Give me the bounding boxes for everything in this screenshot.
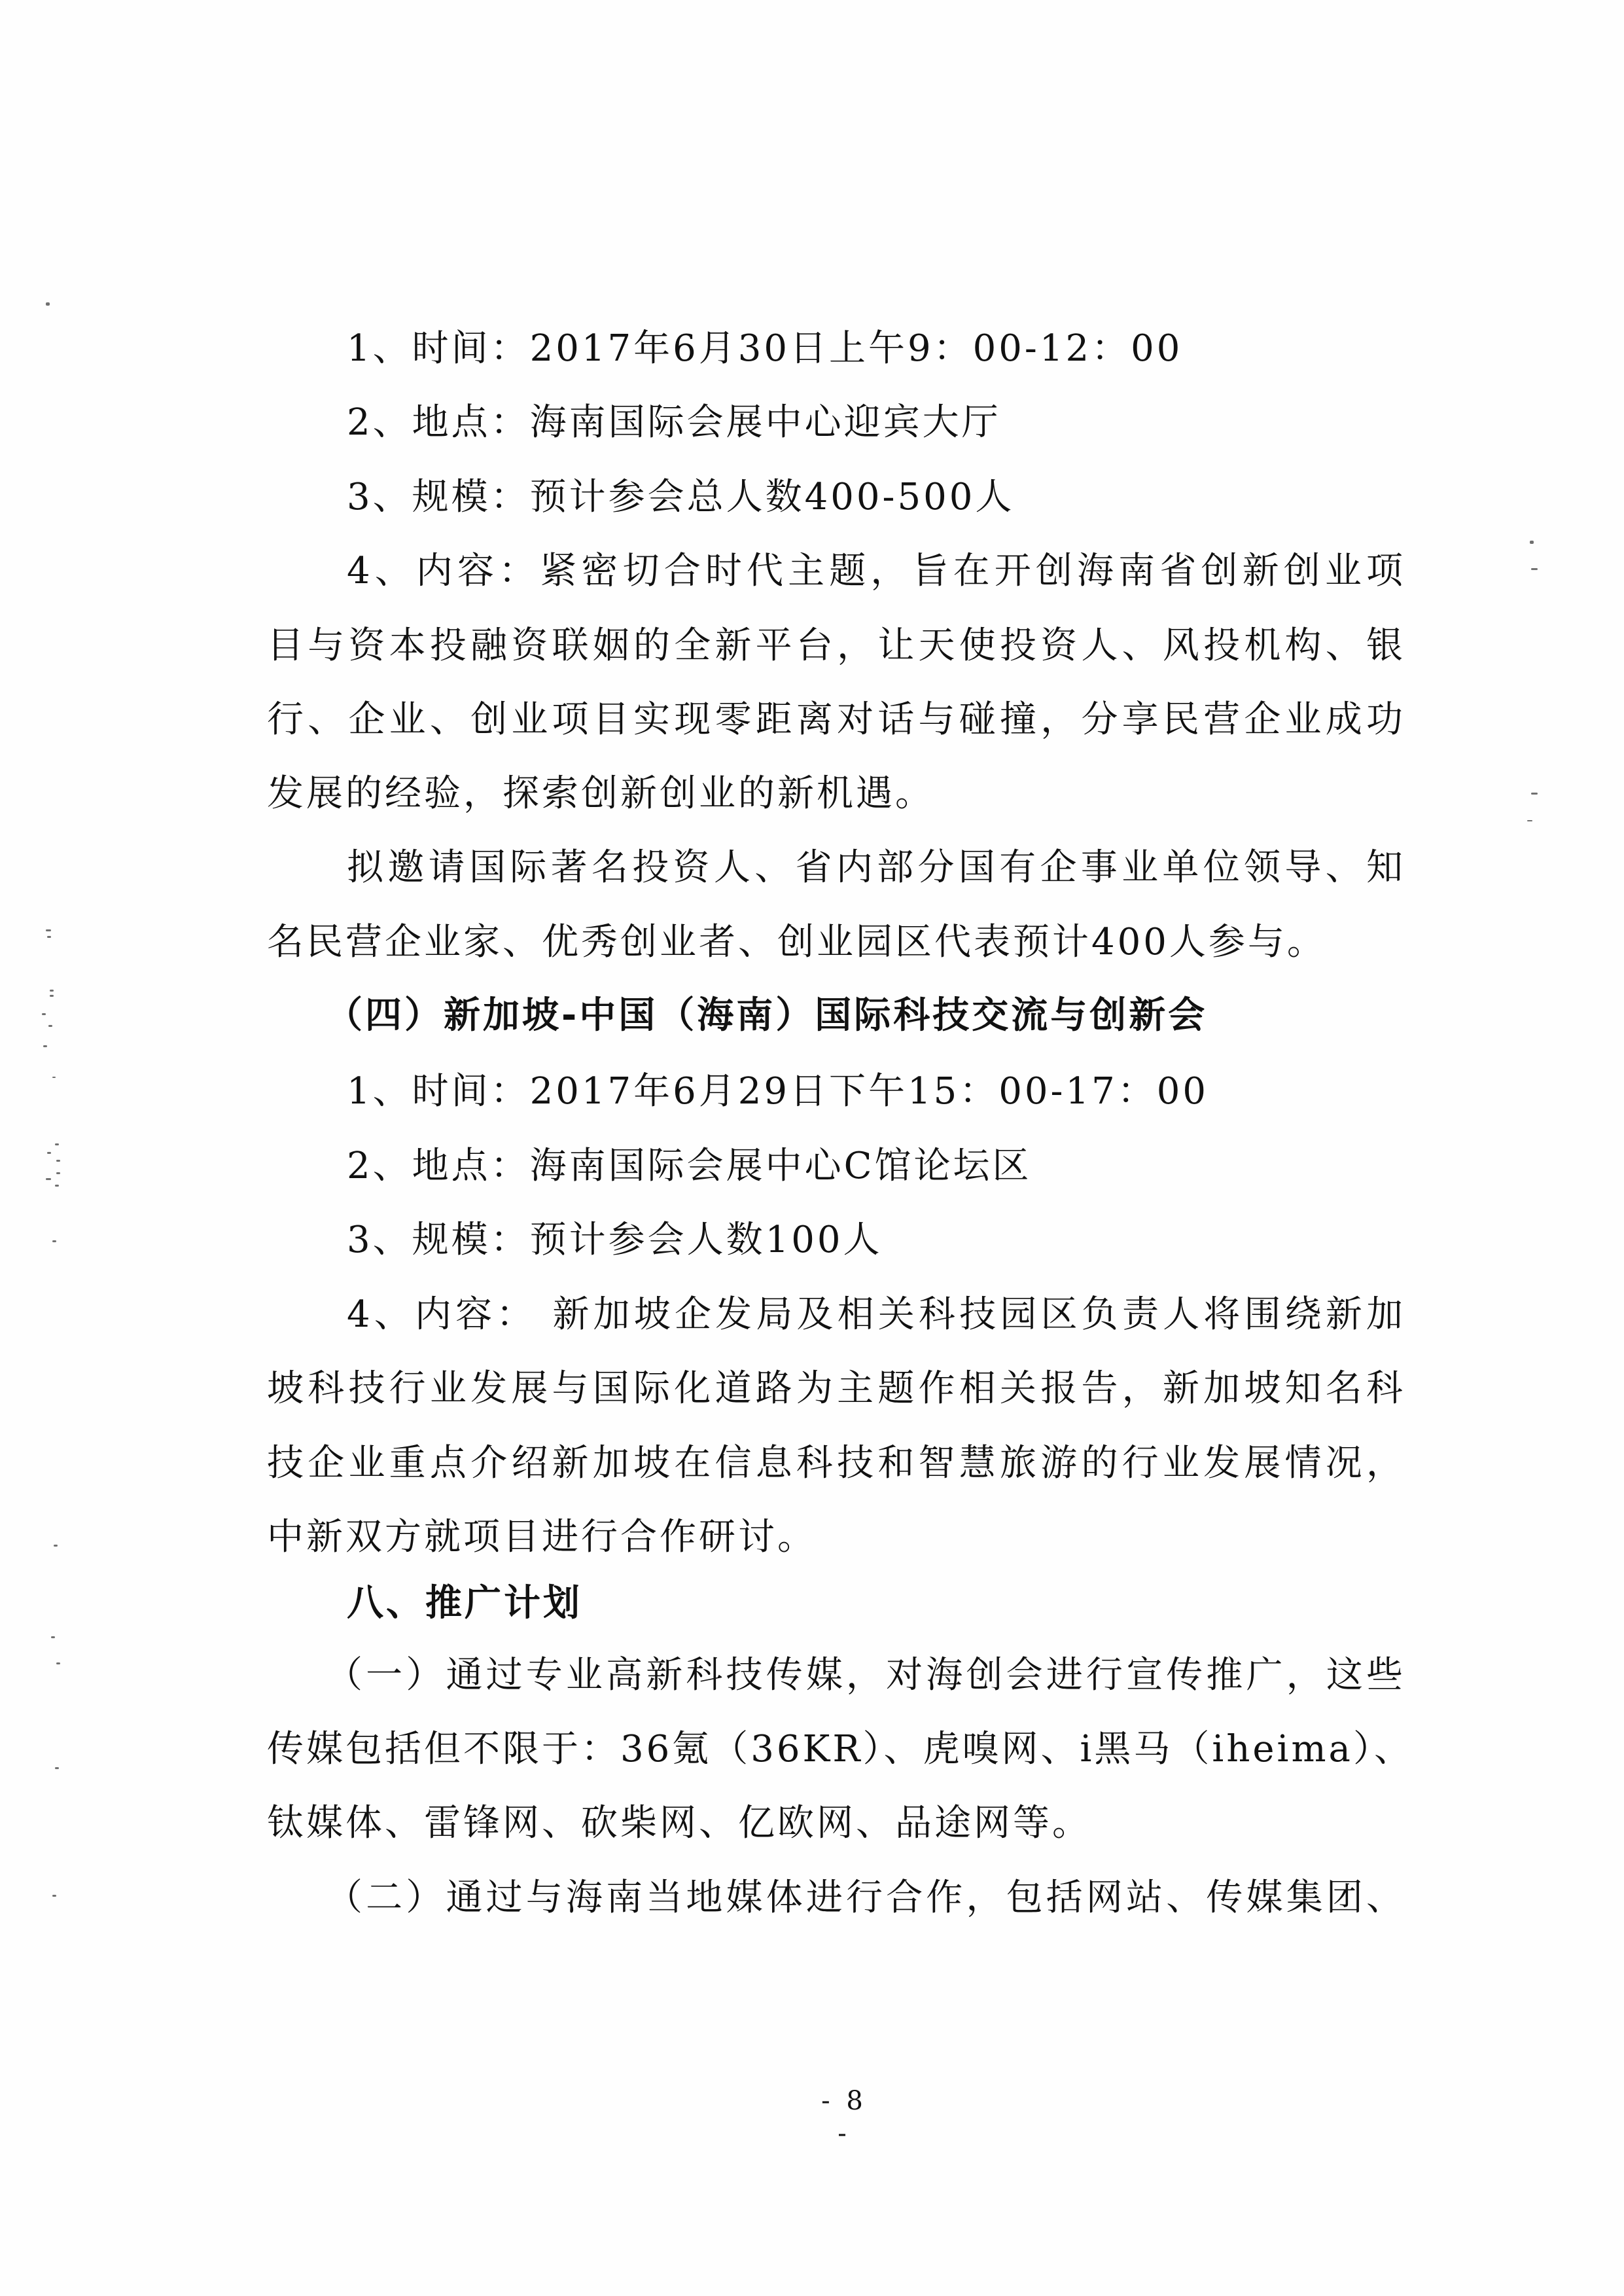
scan-speck [48, 1025, 52, 1027]
section-four-content-line: 中新双方就项目进行合作研讨。 [267, 1511, 1405, 1564]
scan-speck [52, 1077, 56, 1078]
event-content-line: 行、企业、创业项目实现零距离对话与碰撞，分享民营企业成功 [267, 694, 1405, 746]
scan-speck [50, 990, 54, 992]
scan-speck [1530, 541, 1534, 544]
section-four-content-line: 技企业重点介绍新加坡在信息科技和智慧旅游的行业发展情况， [267, 1437, 1405, 1490]
scan-speck [56, 1160, 60, 1162]
section-four-content-line: 4、内容： 新加坡企发局及相关科技园区负责人将围绕新加 [347, 1289, 1405, 1341]
promotion-item-line: （一）通过专业高新科技传媒，对海创会进行宣传推广，这些 [326, 1649, 1405, 1702]
event-scale-line: 3、规模：预计参会总人数400-500人 [347, 471, 1405, 524]
invite-line: 拟邀请国际著名投资人、省内部分国有企事业单位领导、知 [347, 842, 1405, 894]
document-page: 1、时间：2017年6月30日上午9：00-12：00 2、地点：海南国际会展中… [0, 0, 1624, 2296]
event-location-line: 2、地点：海南国际会展中心迎宾大厅 [347, 397, 1405, 449]
scan-speck [55, 1185, 59, 1187]
event-time-line: 1、时间：2017年6月30日上午9：00-12：00 [347, 323, 1405, 375]
section-four-location-line: 2、地点：海南国际会展中心C馆论坛区 [347, 1140, 1405, 1193]
scan-speck [52, 1240, 56, 1242]
scan-speck [46, 1178, 51, 1180]
event-content-line: 目与资本投融资联姻的全新平台，让天使投资人、风投机构、银 [267, 620, 1405, 672]
section-four-time-line: 1、时间：2017年6月29日下午15：00-17：00 [347, 1066, 1405, 1118]
scan-speck [51, 1636, 55, 1638]
promotion-plan-heading: 八、推广计划 [347, 1577, 1405, 1630]
scan-speck [1527, 820, 1532, 821]
scan-speck [52, 1895, 56, 1897]
promotion-item-line: （二）通过与海南当地媒体进行合作，包括网站、传媒集团、 [326, 1872, 1405, 1924]
scan-speck [1531, 568, 1538, 570]
scan-speck [56, 1662, 60, 1664]
scan-speck [47, 936, 51, 938]
scan-speck [43, 1045, 47, 1047]
scan-speck [42, 1013, 46, 1015]
event-content-line: 发展的经验，探索创新创业的新机遇。 [267, 768, 1405, 820]
scan-speck [1531, 793, 1538, 795]
scan-speck [56, 1172, 60, 1174]
scan-speck [55, 1143, 59, 1145]
scan-speck [54, 1545, 58, 1547]
scan-speck [50, 995, 54, 997]
promotion-item-line: 传媒包括但不限于：36氪（36KR）、虎嗅网、i黑马（iheima）、 [267, 1723, 1405, 1776]
promotion-item-line: 钛媒体、雷锋网、砍柴网、亿欧网、品途网等。 [267, 1797, 1405, 1850]
section-four-scale-line: 3、规模：预计参会人数100人 [347, 1214, 1405, 1266]
section-four-heading: （四）新加坡-中国（海南）国际科技交流与创新会 [326, 990, 1405, 1042]
scan-speck [55, 1767, 59, 1769]
section-four-content-line: 坡科技行业发展与国际化道路为主题作相关报告，新加坡知名科 [267, 1363, 1405, 1415]
scan-speck [46, 929, 51, 931]
page-number: - 8 - [811, 2085, 877, 2150]
scan-speck [47, 1152, 51, 1154]
event-content-line: 4、内容：紧密切合时代主题，旨在开创海南省创新创业项 [347, 545, 1405, 598]
invite-line: 名民营企业家、优秀创业者、创业园区代表预计400人参与。 [267, 916, 1405, 969]
scan-speck [46, 302, 50, 306]
